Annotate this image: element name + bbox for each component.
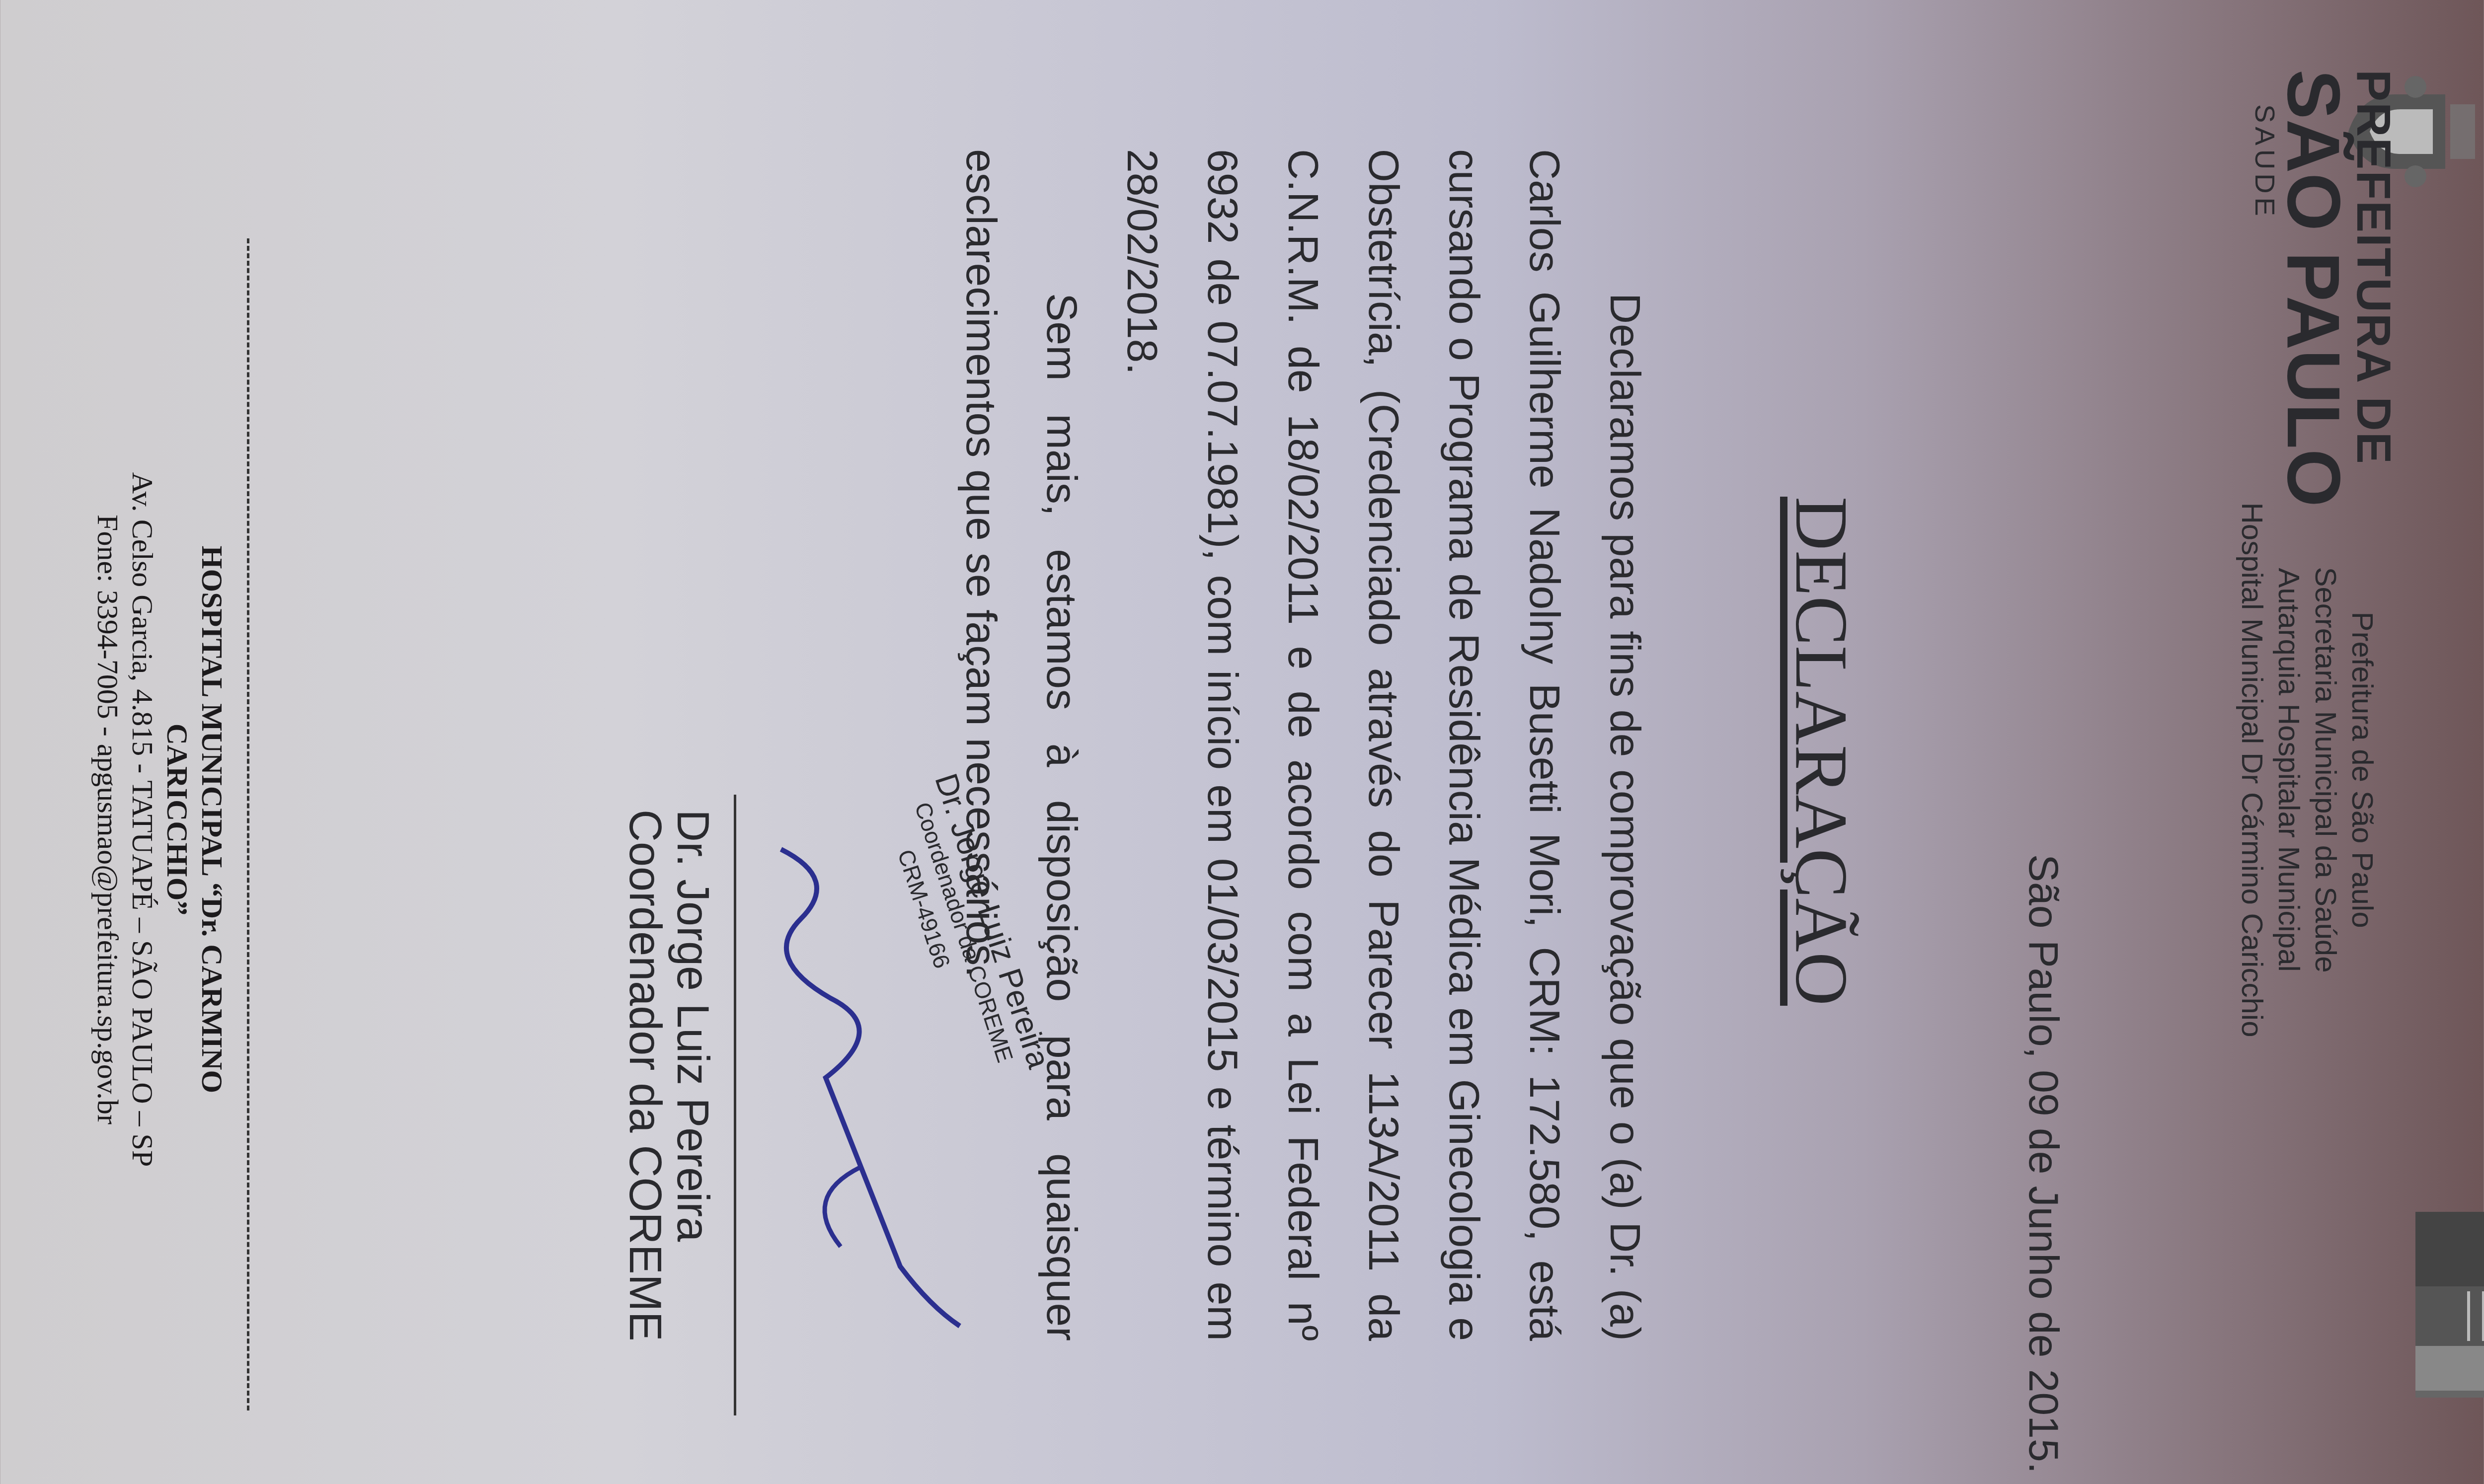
document-title: DECLARAÇÃO: [1779, 497, 1864, 993]
signature-line: [734, 795, 736, 1415]
signer-role: Coordenador da COREME: [621, 810, 669, 1341]
logo-line-2: SÃO PAULO: [2281, 70, 2346, 507]
hospital-building-icon: [2410, 1182, 2484, 1430]
document-body: Declaramos para fins de comprovação que …: [941, 149, 1665, 1341]
org-line: Autarquia Hospitalar Municipal: [2270, 497, 2307, 1043]
org-line: Hospital Municipal Dr Cármino Caricchio: [2234, 497, 2270, 1043]
org-line: Secretaria Municipal da Saúde: [2307, 497, 2344, 1043]
document-page: PREFEITURA DE SÃO PAULO SAUDE Prefeitura…: [0, 0, 2484, 1484]
footer: HOSPITAL MUNICIPAL “Dr. CARMINO CARICCHI…: [90, 447, 230, 1192]
footer-divider: [247, 238, 249, 1410]
footer-hospital-name: HOSPITAL MUNICIPAL “Dr. CARMINO CARICCHI…: [160, 447, 230, 1192]
prefeitura-logo: PREFEITURA DE SÃO PAULO SAUDE: [2249, 70, 2401, 507]
org-line: Prefeitura de São Paulo: [2344, 497, 2381, 1043]
signer-block: Dr. Jorge Luiz Pereira Coordenador da CO…: [621, 810, 716, 1341]
signer-name: Dr. Jorge Luiz Pereira: [669, 810, 716, 1341]
footer-contact: Fone: 3394-7005 - apgusmao@prefeitura.sp…: [90, 447, 125, 1192]
organization-block: Prefeitura de São Paulo Secretaria Munic…: [2234, 497, 2381, 1043]
paragraph-declaration: Declaramos para fins de comprovação que …: [1102, 149, 1665, 1341]
handwritten-signature: [741, 819, 990, 1366]
footer-address: Av. Celso Garcia, 4.815 - TATUAPÉ – SÃO …: [125, 447, 160, 1192]
city-date: São Paulo, 09 de Junho de 2015.: [2019, 854, 2068, 1474]
